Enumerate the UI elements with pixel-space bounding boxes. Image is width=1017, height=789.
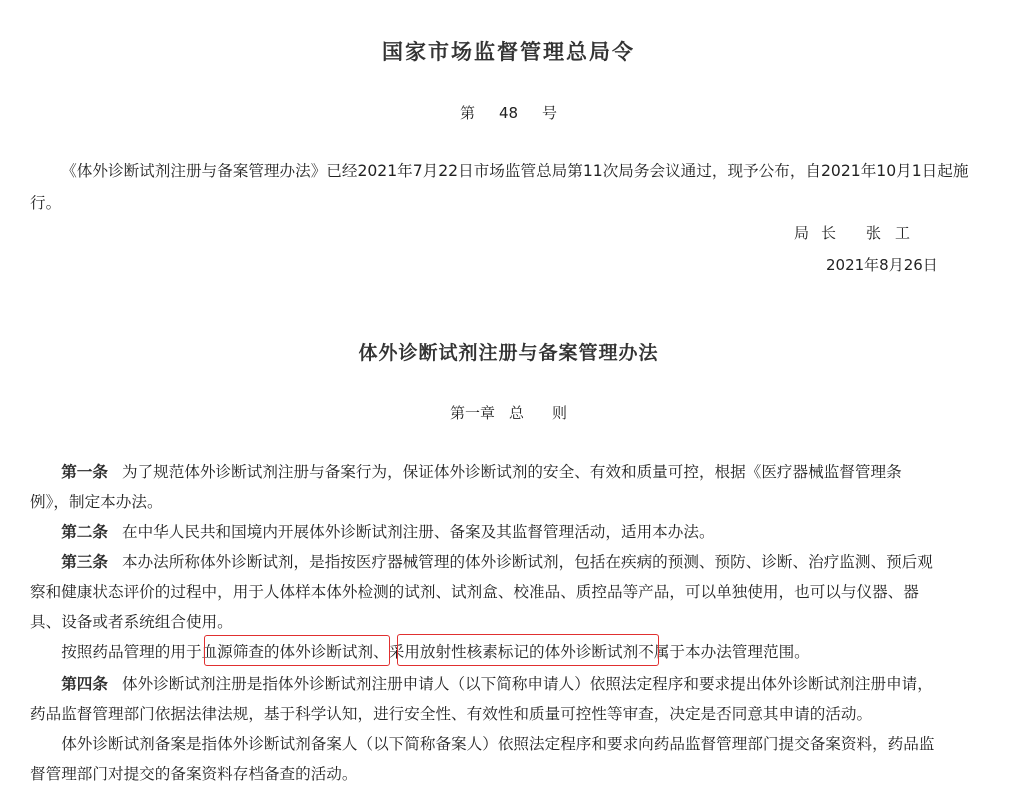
- article-3-label: 第三条: [61, 552, 108, 571]
- article-4-filing-cont: 督管理部门对提交的备案资料存档备查的活动。: [30, 759, 975, 789]
- article-4-line-2: 药品监督管理部门依据法律法规，基于科学认知，进行安全性、有效性和质量可控性等审查…: [30, 705, 872, 723]
- article-3-exclusion-prefix: 按照药品管理的用于: [61, 643, 201, 661]
- highlighted-text-blood-screening: 血源筛查的体外诊断试剂: [202, 643, 374, 661]
- signatory-role-2: 长: [821, 222, 836, 243]
- article-4-label: 第四条: [61, 674, 108, 693]
- article-2-label: 第二条: [61, 522, 108, 541]
- article-4-cont: 药品监督管理部门依据法律法规，基于科学认知，进行安全性、有效性和质量可控性等审查…: [30, 699, 975, 729]
- article-1-line-2: 例》，制定本办法。: [30, 493, 163, 511]
- article-3-cont-1: 察和健康状态评价的过程中，用于人体样本体外检测的试剂、试剂盒、校准品、质控品等产…: [30, 577, 975, 607]
- decree-title: 国家市场监督管理总局令: [0, 36, 1017, 66]
- article-3-exclusion-sep: 、: [373, 643, 389, 661]
- signatory-name-1: 张: [866, 222, 881, 243]
- article-4-filing-line-1: 体外诊断试剂备案是指体外诊断试剂备案人（以下简称备案人）依照法定程序和要求向药品…: [61, 735, 934, 753]
- chapter-label: 第一章: [450, 402, 495, 423]
- article-4-filing: 体外诊断试剂备案是指体外诊断试剂备案人（以下简称备案人）依照法定程序和要求向药品…: [30, 729, 975, 759]
- decree-number-value: 48: [499, 104, 518, 122]
- announcement-paragraph-cont: 行。: [30, 188, 975, 218]
- announcement-line-1: 《体外诊断试剂注册与备案管理办法》已经2021年7月22日市场监管总局第11次局…: [61, 162, 968, 180]
- article-4-filing-line-2: 督管理部门对提交的备案资料存档备查的活动。: [30, 765, 357, 783]
- signatory-role-1: 局: [794, 222, 809, 243]
- announcement-paragraph: 《体外诊断试剂注册与备案管理办法》已经2021年7月22日市场监管总局第11次局…: [30, 156, 975, 186]
- chapter-heading: 第一章总则: [0, 402, 1017, 423]
- article-3: 第三条本办法所称体外诊断试剂，是指按医疗器械管理的体外诊断试剂，包括在疾病的预测…: [30, 547, 975, 577]
- article-3-line-3: 具、设备或者系统组合使用。: [30, 613, 233, 631]
- article-1-cont: 例》，制定本办法。: [30, 487, 975, 517]
- announcement-line-2: 行。: [30, 194, 61, 212]
- article-3-cont-2: 具、设备或者系统组合使用。: [30, 607, 975, 637]
- decree-number-prefix: 第: [460, 102, 475, 123]
- article-4: 第四条体外诊断试剂注册是指体外诊断试剂注册申请人（以下简称申请人）依照法定程序和…: [30, 669, 975, 699]
- article-3-exclusion-suffix: 不属于本办法管理范围。: [638, 643, 810, 661]
- decree-number: 第48号: [0, 102, 1017, 123]
- article-3-line-2: 察和健康状态评价的过程中，用于人体样本体外检测的试剂、试剂盒、校准品、质控品等产…: [30, 583, 919, 601]
- article-4-line-1: 体外诊断试剂注册是指体外诊断试剂注册申请人（以下简称申请人）依照法定程序和要求提…: [122, 675, 933, 693]
- regulation-title: 体外诊断试剂注册与备案管理办法: [0, 338, 1017, 365]
- decree-date: 2021年8月26日: [826, 254, 938, 275]
- article-1: 第一条为了规范体外诊断试剂注册与备案行为，保证体外诊断试剂的安全、有效和质量可控…: [30, 457, 975, 487]
- document-page: 国家市场监督管理总局令 第48号 《体外诊断试剂注册与备案管理办法》已经2021…: [0, 0, 1017, 789]
- chapter-title-2: 则: [552, 402, 567, 423]
- article-2-line-1: 在中华人民共和国境内开展体外诊断试剂注册、备案及其监督管理活动，适用本办法。: [122, 523, 715, 541]
- article-1-line-1: 为了规范体外诊断试剂注册与备案行为，保证体外诊断试剂的安全、有效和质量可控，根据…: [122, 463, 902, 481]
- article-3-line-1: 本办法所称体外诊断试剂，是指按医疗器械管理的体外诊断试剂，包括在疾病的预测、预防…: [122, 553, 933, 571]
- article-1-label: 第一条: [61, 462, 108, 481]
- decree-number-suffix: 号: [542, 102, 557, 123]
- highlighted-text-radionuclide: 采用放射性核素标记的体外诊断试剂: [389, 643, 639, 661]
- article-3-exclusion: 按照药品管理的用于血源筛查的体外诊断试剂、采用放射性核素标记的体外诊断试剂不属于…: [30, 637, 975, 667]
- article-2: 第二条在中华人民共和国境内开展体外诊断试剂注册、备案及其监督管理活动，适用本办法…: [30, 517, 975, 547]
- chapter-title-1: 总: [509, 402, 524, 423]
- signatory: 局长张工: [794, 222, 910, 243]
- signatory-name-2: 工: [895, 222, 910, 243]
